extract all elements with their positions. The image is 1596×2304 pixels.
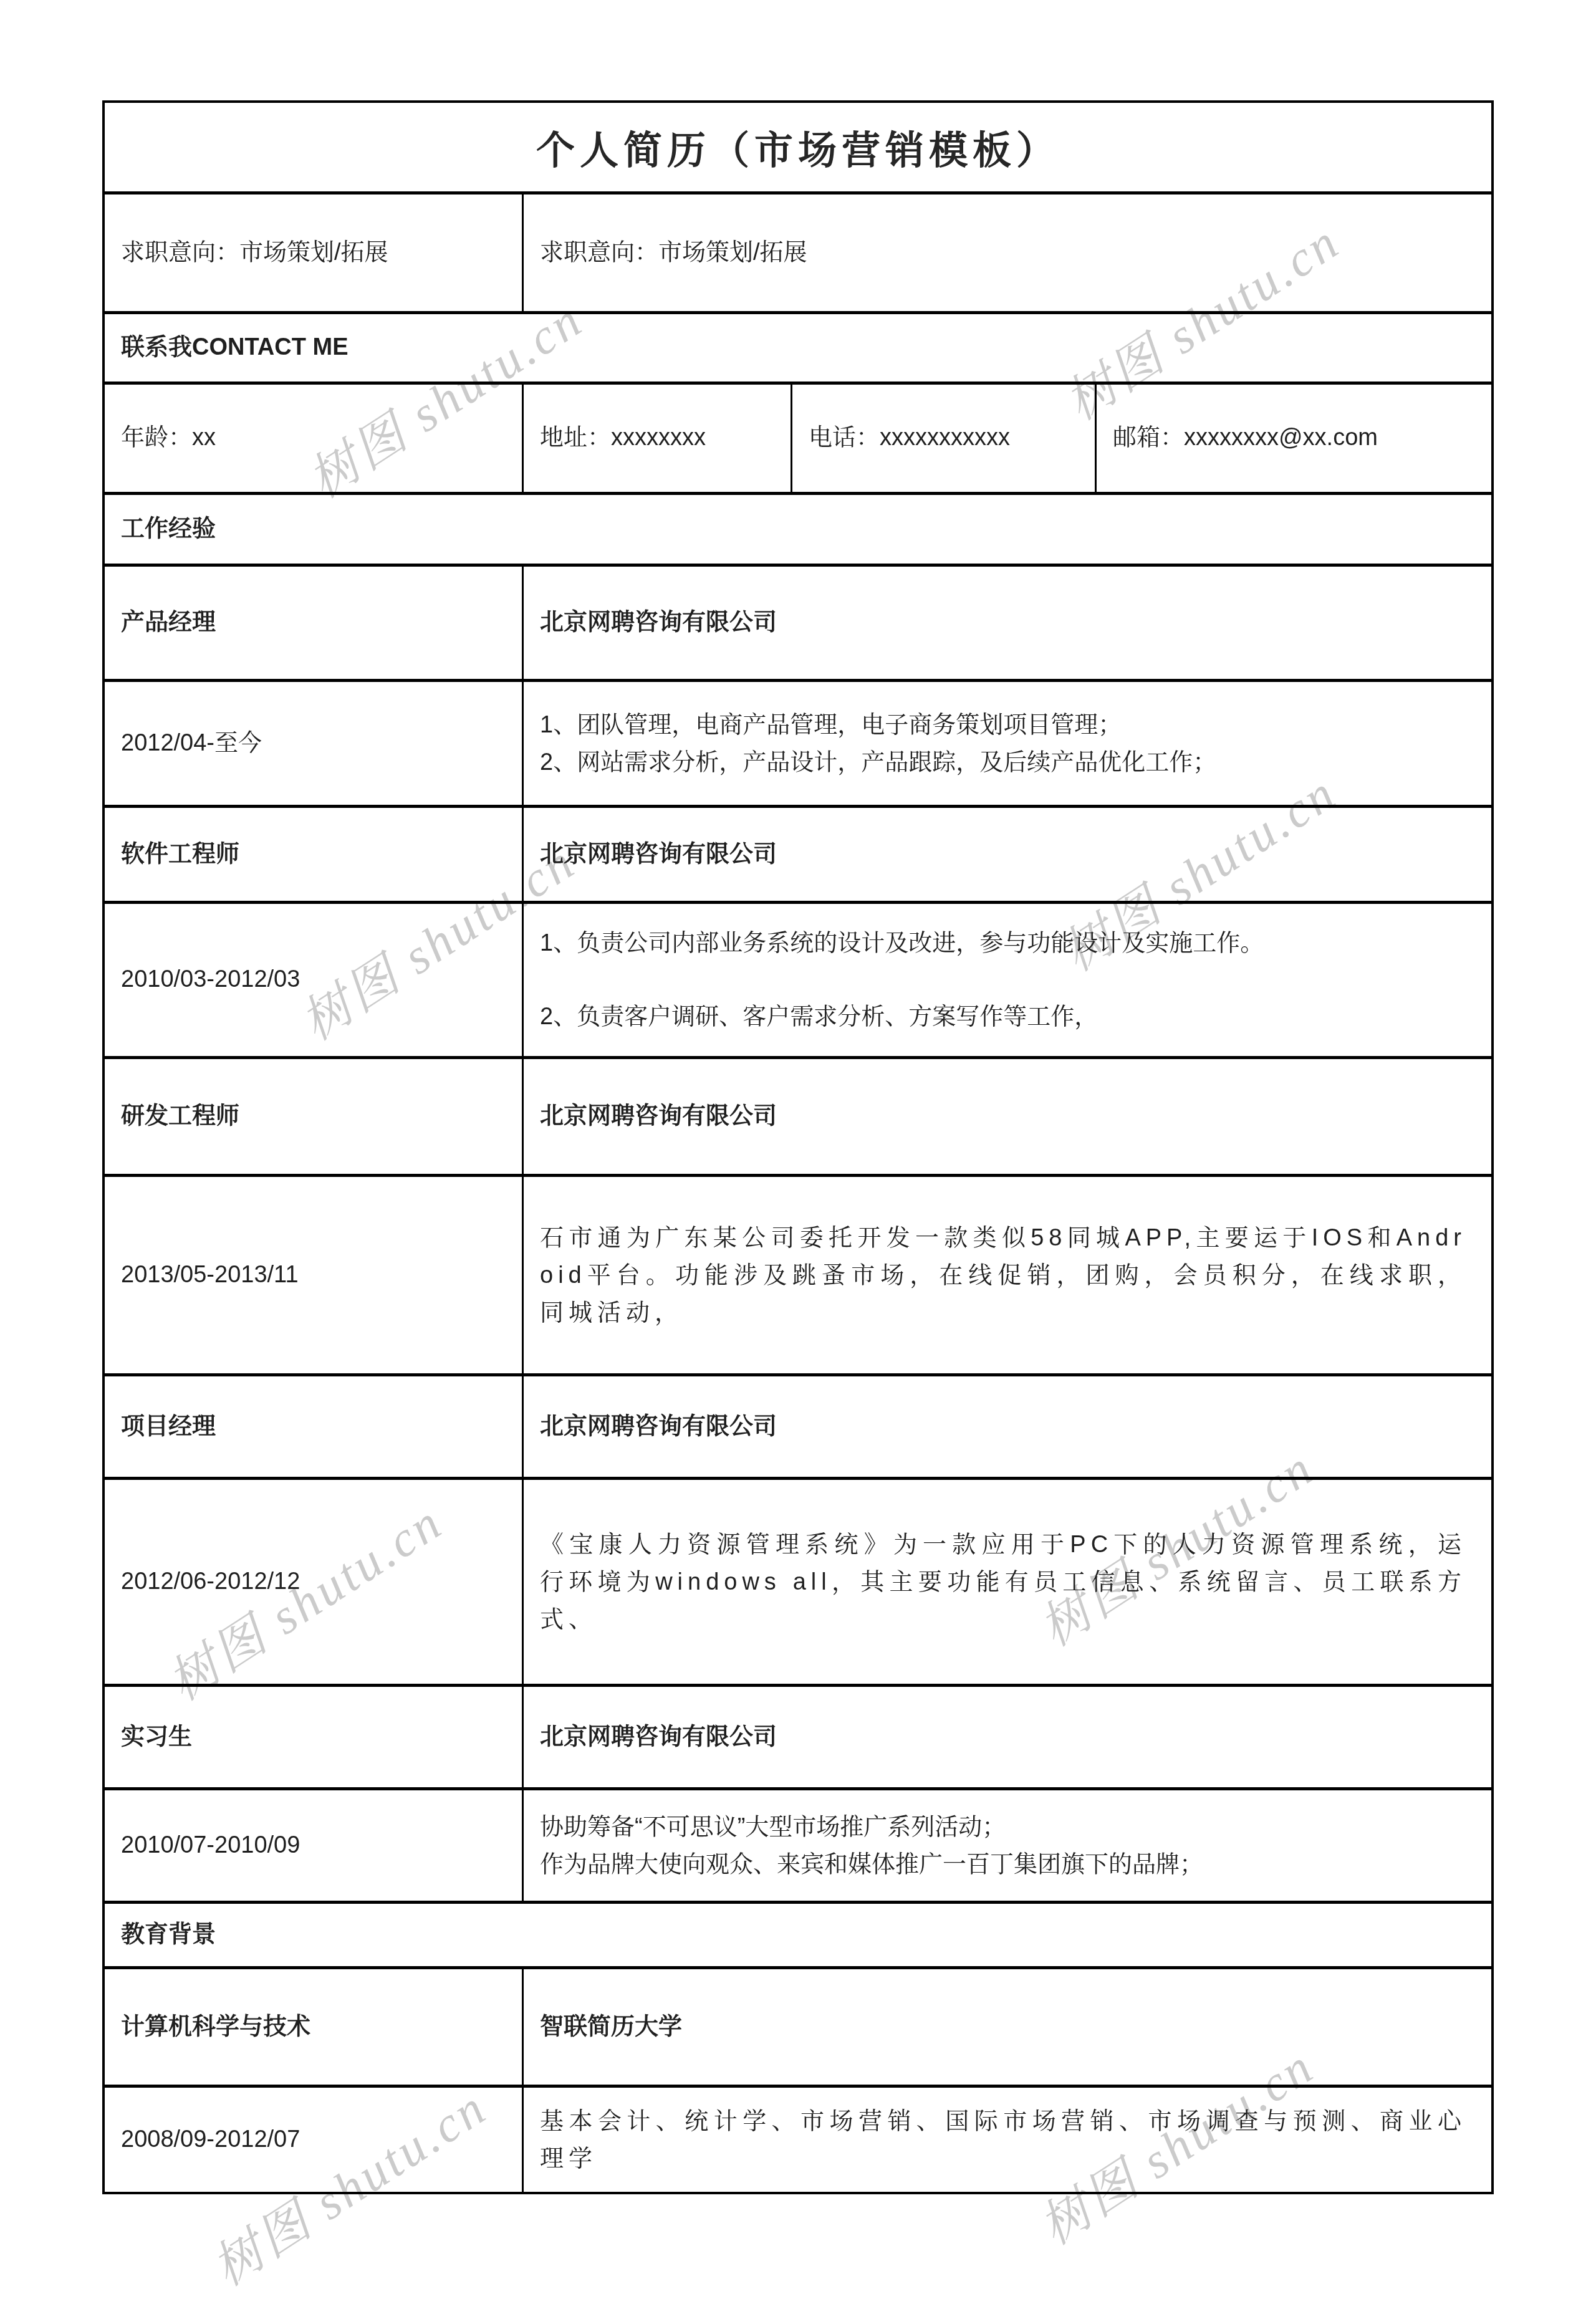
contact-header: 联系我CONTACT ME — [105, 314, 1491, 382]
job-title-row: 实习生 北京网聘咨询有限公司 — [105, 1687, 1491, 1790]
job-description: 协助筹备“不可思议”大型市场推广系列活动； 作为品牌大使向观众、来宾和媒体推广一… — [524, 1790, 1491, 1901]
education-courses-text: 基本会计、统计学、市场营销、国际市场营销、市场调查与预测、商业心理学 — [540, 2103, 1466, 2177]
contact-email: 邮箱：xxxxxxxx@xx.com — [1097, 385, 1491, 492]
education-title-row: 计算机科学与技术 智联简历大学 — [105, 1969, 1491, 2088]
education-header: 教育背景 — [105, 1904, 1491, 1966]
education-period: 2008/09-2012/07 — [105, 2088, 524, 2192]
contact-header-row: 联系我CONTACT ME — [105, 314, 1491, 385]
education-school: 智联简历大学 — [524, 1969, 1491, 2085]
job-title-row: 项目经理 北京网聘咨询有限公司 — [105, 1376, 1491, 1480]
job-description: 石市通为广东某公司委托开发一款类似58同城APP,主要运于IOS和Android… — [524, 1177, 1491, 1373]
job-title: 研发工程师 — [105, 1059, 524, 1174]
job-description: 《宝康人力资源管理系统》为一款应用于PC下的人力资源管理系统，运行环境为wind… — [524, 1480, 1491, 1684]
job-period: 2012/04-至今 — [105, 682, 524, 805]
contact-age: 年龄：xx — [105, 385, 524, 492]
job-desc-line: 1、负责公司内部业务系统的设计及改进，参与功能设计及实施工作。 — [540, 924, 1466, 962]
job-title-row: 软件工程师 北京网聘咨询有限公司 — [105, 808, 1491, 904]
job-company: 北京网聘咨询有限公司 — [524, 567, 1491, 679]
education-header-row: 教育背景 — [105, 1904, 1491, 1969]
contact-info-row: 年龄：xx 地址：xxxxxxxx 电话：xxxxxxxxxxx 邮箱：xxxx… — [105, 385, 1491, 495]
job-company: 北京网聘咨询有限公司 — [524, 1687, 1491, 1787]
job-title: 项目经理 — [105, 1376, 524, 1477]
job-period: 2013/05-2013/11 — [105, 1177, 524, 1373]
objective-right: 求职意向：市场策划/拓展 — [524, 194, 1491, 311]
education-desc-row: 2008/09-2012/07 基本会计、统计学、市场营销、国际市场营销、市场调… — [105, 2088, 1491, 2192]
job-desc-line: 2、网站需求分析，产品设计，产品跟踪，及后续产品优化工作； — [540, 744, 1466, 781]
job-desc-row: 2013/05-2013/11 石市通为广东某公司委托开发一款类似58同城APP… — [105, 1177, 1491, 1376]
job-company: 北京网聘咨询有限公司 — [524, 808, 1491, 901]
page-title: 个人简历（市场营销模板） — [105, 103, 1491, 191]
resume-table: 个人简历（市场营销模板） 求职意向：市场策划/拓展 求职意向：市场策划/拓展 联… — [102, 100, 1494, 2194]
contact-phone: 电话：xxxxxxxxxxx — [792, 385, 1097, 492]
job-period: 2010/07-2010/09 — [105, 1790, 524, 1901]
job-title: 实习生 — [105, 1687, 524, 1787]
job-title: 产品经理 — [105, 567, 524, 679]
job-desc-paragraph: 石市通为广东某公司委托开发一款类似58同城APP,主要运于IOS和Android… — [540, 1219, 1466, 1332]
education-major: 计算机科学与技术 — [105, 1969, 524, 2085]
job-desc-row: 2012/06-2012/12 《宝康人力资源管理系统》为一款应用于PC下的人力… — [105, 1480, 1491, 1687]
job-title: 软件工程师 — [105, 808, 524, 901]
job-desc-line: 作为品牌大使向观众、来宾和媒体推广一百丁集团旗下的品牌； — [540, 1846, 1466, 1883]
job-title-row: 研发工程师 北京网聘咨询有限公司 — [105, 1059, 1491, 1177]
job-description: 1、负责公司内部业务系统的设计及改进，参与功能设计及实施工作。 2、负责客户调研… — [524, 904, 1491, 1056]
work-header-row: 工作经验 — [105, 495, 1491, 567]
job-company: 北京网聘咨询有限公司 — [524, 1059, 1491, 1174]
objective-row: 求职意向：市场策划/拓展 求职意向：市场策划/拓展 — [105, 194, 1491, 314]
job-desc-line: 2、负责客户调研、客户需求分析、方案写作等工作， — [540, 998, 1466, 1035]
job-desc-paragraph: 《宝康人力资源管理系统》为一款应用于PC下的人力资源管理系统，运行环境为wind… — [540, 1526, 1466, 1638]
job-desc-row: 2012/04-至今 1、团队管理，电商产品管理，电子商务策划项目管理； 2、网… — [105, 682, 1491, 808]
job-period: 2010/03-2012/03 — [105, 904, 524, 1056]
job-company: 北京网聘咨询有限公司 — [524, 1376, 1491, 1477]
job-description: 1、团队管理，电商产品管理，电子商务策划项目管理； 2、网站需求分析，产品设计，… — [524, 682, 1491, 805]
job-desc-row: 2010/03-2012/03 1、负责公司内部业务系统的设计及改进，参与功能设… — [105, 904, 1491, 1059]
title-row: 个人简历（市场营销模板） — [105, 103, 1491, 194]
job-desc-line: 协助筹备“不可思议”大型市场推广系列活动； — [540, 1808, 1466, 1846]
job-desc-line: 1、团队管理，电商产品管理，电子商务策划项目管理； — [540, 706, 1466, 744]
education-courses: 基本会计、统计学、市场营销、国际市场营销、市场调查与预测、商业心理学 — [524, 2088, 1491, 2192]
objective-left: 求职意向：市场策划/拓展 — [105, 194, 524, 311]
job-period: 2012/06-2012/12 — [105, 1480, 524, 1684]
contact-address: 地址：xxxxxxxx — [524, 385, 792, 492]
job-title-row: 产品经理 北京网聘咨询有限公司 — [105, 567, 1491, 682]
work-header: 工作经验 — [105, 495, 1491, 564]
job-desc-row: 2010/07-2010/09 协助筹备“不可思议”大型市场推广系列活动； 作为… — [105, 1790, 1491, 1904]
